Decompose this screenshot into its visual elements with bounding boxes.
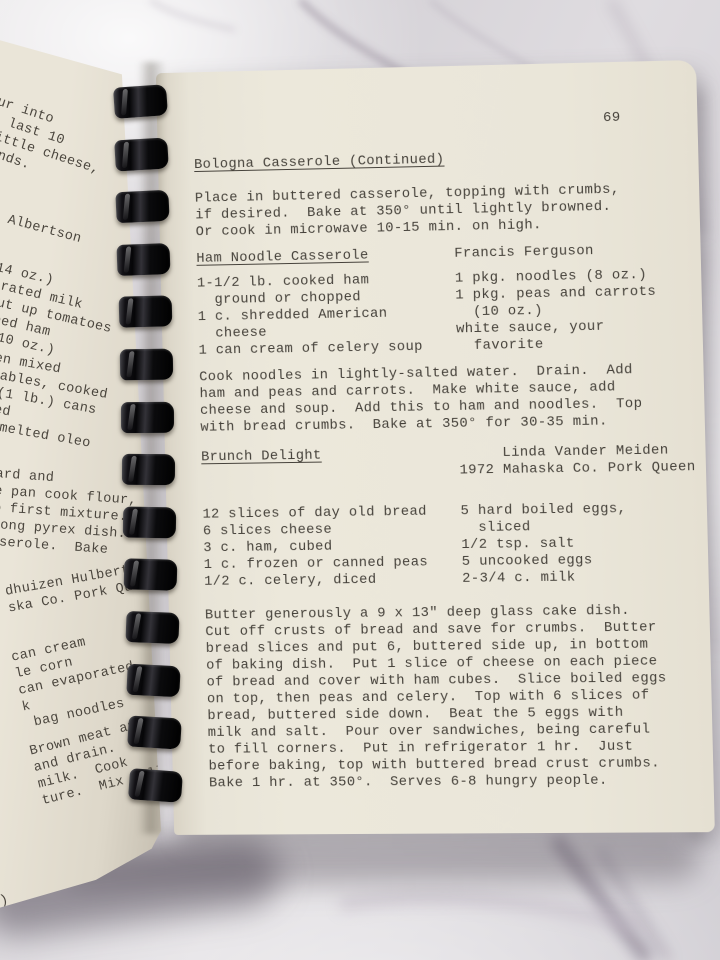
binding-tooth <box>128 768 183 803</box>
recipe-heading-ham-noodle-casserole: Ham Noodle Casserole <box>196 246 454 268</box>
ingredient-list-left: 1-1/2 lb. cooked ham ground or chopped 1… <box>197 271 457 360</box>
recipe-contributor: Linda Vander Meiden 1972 Mahaska Co. Por… <box>459 443 669 480</box>
recipe-heading-brunch-delight: Brunch Delight <box>201 446 459 467</box>
left-page-fragment: can cream le corn can evaporated k bag n… <box>10 626 143 734</box>
recipe-contributor: Francis Ferguson <box>454 243 594 263</box>
binding-tooth <box>118 296 172 328</box>
page-number: 69 <box>193 109 661 137</box>
ingredient-list-right: 1 pkg. noodles (8 oz.) 1 pkg. peas and c… <box>455 267 658 355</box>
binding-tooth <box>113 84 168 119</box>
ingredient-list-right: 5 hard boiled eggs, sliced 1/2 tsp. salt… <box>460 501 628 588</box>
binding-tooth <box>120 349 173 381</box>
photo-scene: ur into e last 10 little cheese, monds. … <box>0 0 720 960</box>
left-page-fragment: ard and e pan cook flour, o first mixtur… <box>0 466 138 561</box>
recipe-instructions: Place in buttered casserole, topping wit… <box>195 181 663 241</box>
binding-tooth <box>121 401 174 432</box>
left-page-contributor: Albertson <box>6 212 83 248</box>
recipe-instructions: Butter generously a 9 x 13" deep glass c… <box>205 602 677 792</box>
right-page: 69 Bologna Casserole (Continued) Place i… <box>156 60 715 835</box>
ingredient-list-left: 12 slices of day old bread 6 slices chee… <box>202 503 462 590</box>
binding-tooth <box>124 559 178 591</box>
recipe-instructions: Cook noodles in lightly-salted water. Dr… <box>199 362 668 437</box>
recipe-heading-bologna-casserole: Bologna Casserole (Continued) <box>194 147 662 174</box>
left-page-fragment: ur into e last 10 little cheese, monds. <box>0 94 112 195</box>
binding-tooth <box>123 506 177 538</box>
binding-tooth <box>125 611 179 644</box>
binding-tooth <box>127 716 182 750</box>
binding-tooth <box>116 190 170 224</box>
binding-tooth <box>117 243 171 276</box>
binding-tooth <box>122 454 175 485</box>
binding-tooth <box>126 663 180 697</box>
binding-tooth <box>114 137 169 171</box>
